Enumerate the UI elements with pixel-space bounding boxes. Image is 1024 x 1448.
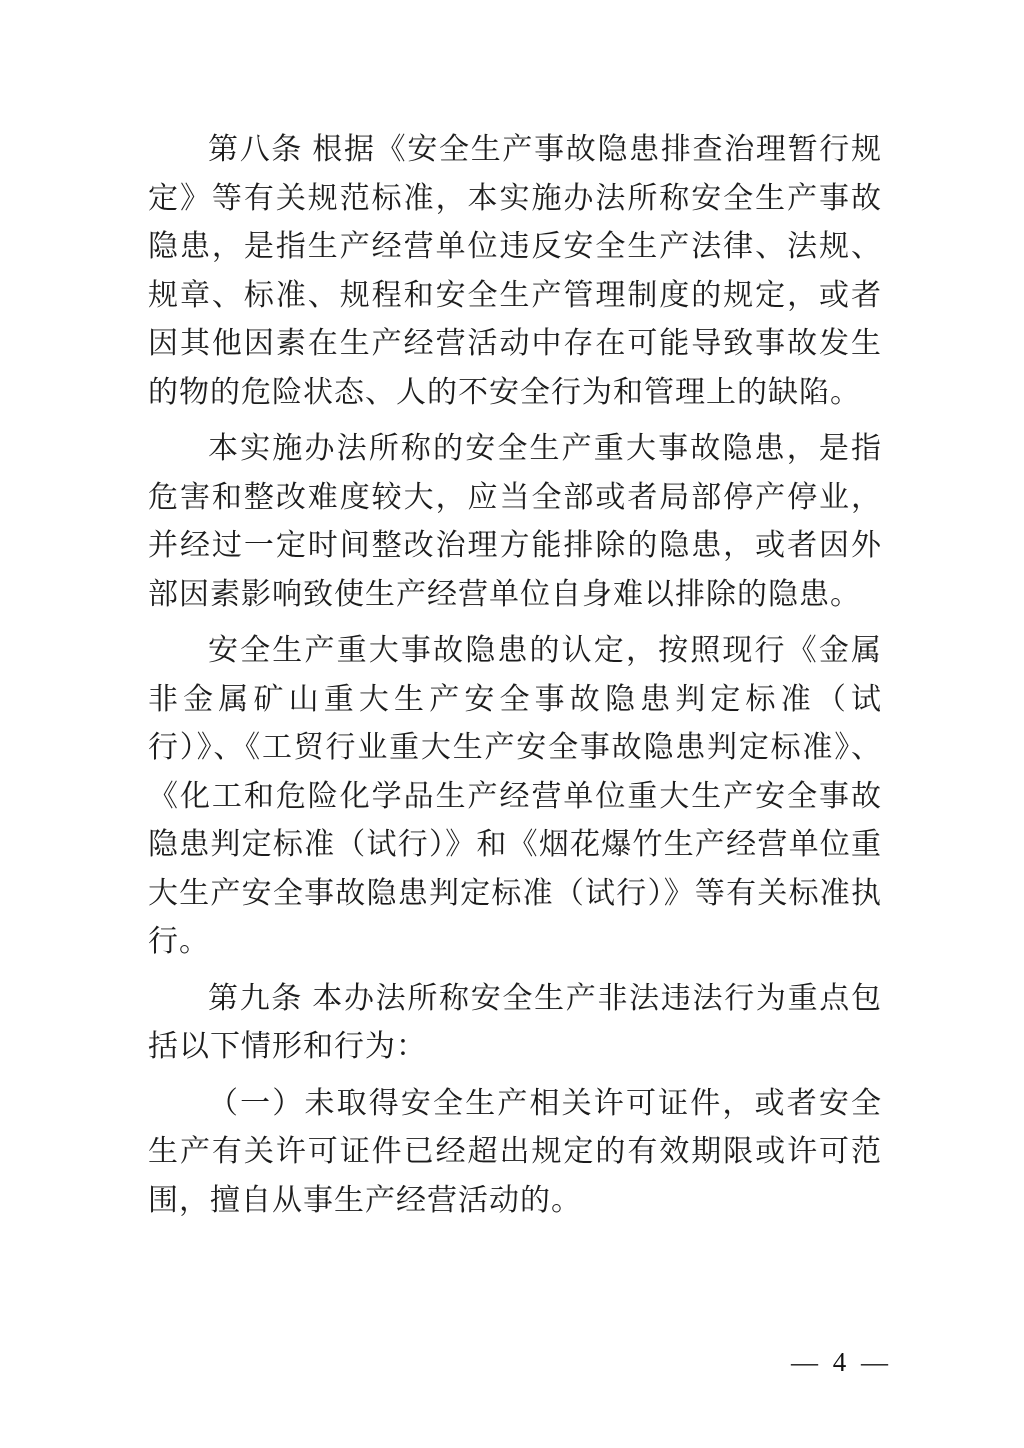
paragraph-article-9: 第九条 本办法所称安全生产非法违法行为重点包括以下情形和行为： <box>148 975 882 1072</box>
document-page: 第八条 根据《安全生产事故隐患排查治理暂行规定》等有关规范标准，本实施办法所称安… <box>0 0 1024 1448</box>
document-body: 第八条 根据《安全生产事故隐患排查治理暂行规定》等有关规范标准，本实施办法所称安… <box>148 126 882 1233</box>
paragraph-item-1: （一）未取得安全生产相关许可证件，或者安全生产有关许可证件已经超出规定的有效期限… <box>148 1080 882 1226</box>
paragraph-major-hazard-definition: 本实施办法所称的安全生产重大事故隐患，是指危害和整改难度较大，应当全部或者局部停… <box>148 425 882 619</box>
page-number: — 4 — <box>791 1347 892 1378</box>
paragraph-hazard-determination-standards: 安全生产重大事故隐患的认定，按照现行《金属非金属矿山重大生产安全事故隐患判定标准… <box>148 627 882 967</box>
paragraph-article-8: 第八条 根据《安全生产事故隐患排查治理暂行规定》等有关规范标准，本实施办法所称安… <box>148 126 882 417</box>
